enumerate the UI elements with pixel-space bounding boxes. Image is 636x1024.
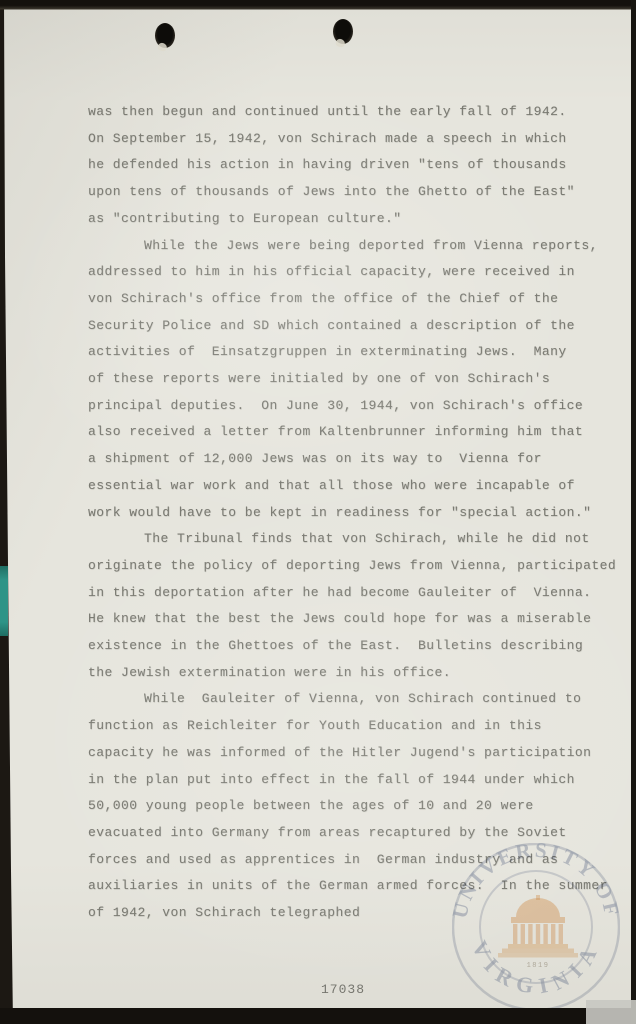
typewritten-text: was then begun and continued until the e…: [88, 99, 616, 927]
corner-patch: [586, 1000, 636, 1024]
right-edge-shadow: [631, 0, 636, 1024]
paragraph: The Tribunal finds that von Schirach, wh…: [88, 526, 616, 686]
seal-year: 1819: [527, 962, 550, 970]
scanned-document-page: was then begun and continued until the e…: [0, 0, 636, 1024]
punch-hole-right: [333, 19, 353, 44]
paragraph: was then begun and continued until the e…: [88, 99, 616, 233]
paragraph: While the Jews were being deported from …: [88, 233, 616, 527]
uva-watermark-seal: UNIVERSITY OF VIRGINIA: [452, 843, 620, 1011]
top-edge-shadow: [0, 0, 636, 10]
left-edge-shadow: [0, 0, 14, 1024]
punch-hole-left: [155, 23, 175, 48]
bottom-edge-shadow: [0, 1008, 636, 1024]
page-number: 17038: [321, 982, 365, 997]
teal-edge-tab: [0, 566, 8, 636]
